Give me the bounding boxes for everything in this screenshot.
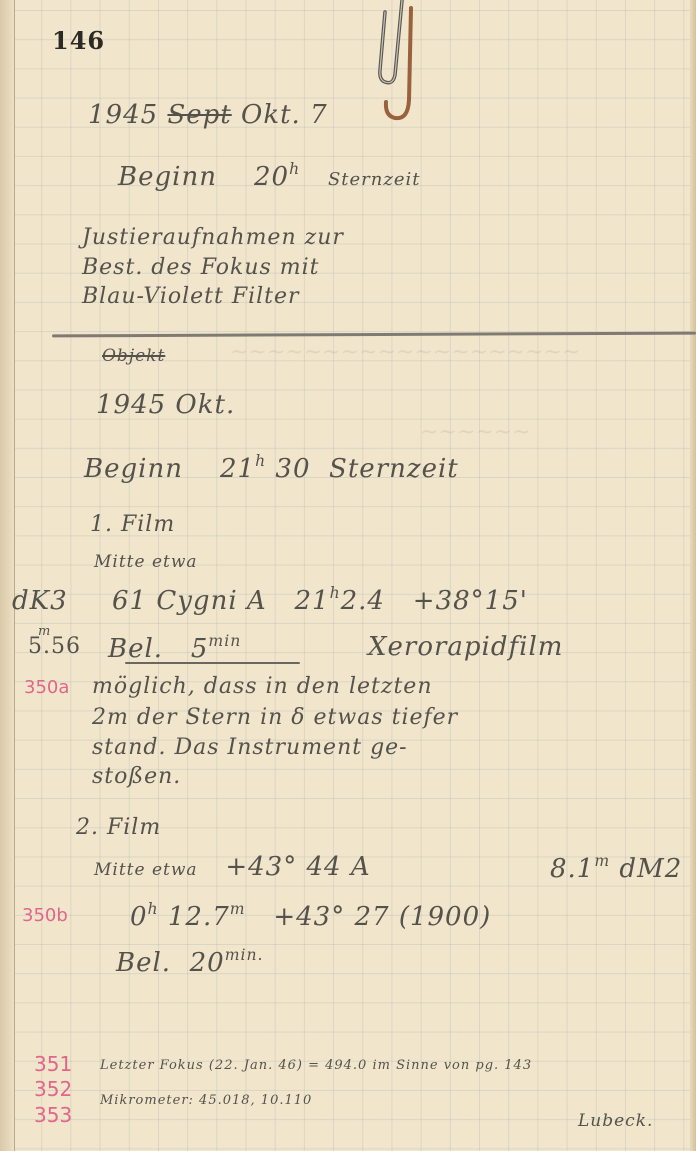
film1-exposure-value: 5 [191,634,209,664]
film2-exposure-value: 20 [190,948,225,978]
film1-exposure-label: Bel. [108,634,163,664]
entry1-begin-time: 20 [254,162,289,192]
film1-ra-minutes: 2.4 [341,586,385,616]
film2-center-object: +43° 44 A [225,852,370,882]
page-binding-edge [0,0,15,1151]
page-number: 146 [52,26,105,55]
film1-plate-number: 350a [24,677,69,698]
film2-exposure-label: Bel. [116,948,171,978]
film1-remark-line-4: stoßen. [92,764,181,789]
entry2-begin-time: 21 [220,454,255,484]
signature: Lubeck. [578,1111,653,1131]
entry1-time-unit: h [289,160,300,178]
film1-remark-line-2: 2m der Stern in δ etwas tiefer [92,705,458,730]
film1-position: 61 Cygni A 21h2.4 +38°15' [112,584,528,616]
film2-ra-hours: 0 [130,902,148,932]
exposure-underline [125,662,300,664]
entry1-note-line-2: Best. des Fokus mit [82,255,320,280]
entry2-begin-label: Beginn [84,454,183,484]
entry2-begin: Beginn 21h 30 Sternzeit [84,452,459,484]
entry1-note-line-3: Blau-Violett Filter [82,284,300,309]
footer-row-number-1: 351 [34,1052,72,1076]
entry1-note-line-1: Justieraufnahmen zur [82,225,344,250]
film2-declination: +43° 27 [273,902,389,932]
entry2-begin-suffix: Sternzeit [329,454,459,484]
entry2-time-unit: h [255,452,266,470]
entry1-begin: Beginn 20h Sternzeit [118,160,421,192]
film1-heading: 1. Film [90,512,175,537]
film1-remark-line-3: stand. Das Instrument ge- [92,735,408,760]
section-divider [52,332,696,338]
film1-film-type: Xerorapidfilm [368,632,563,662]
film2-heading: 2. Film [76,815,161,840]
film2-position: 0h 12.7m +43° 27 (1900) [130,900,491,932]
entry1-date: 1945 Sept Okt. 7 [88,100,328,130]
film2-ra-hour-unit: h [148,900,159,918]
footer-row-text-2: Mikrometer: 45.018, 10.110 [100,1093,312,1108]
entry1-begin-label: Beginn [118,162,217,192]
footer-row-number-3: 353 [34,1103,72,1127]
notebook-page: 146 1945 Sept Okt. 7 Beginn 20h Sternzei… [0,0,696,1151]
entry2-begin-minutes: 30 [275,454,310,484]
film2-epoch: (1900) [399,902,491,932]
film1-remark-line-1: möglich, dass in den letzten [92,674,433,699]
entry2-date: 1945 Okt. [96,390,235,420]
film2-magnitude-value: 8.1 [550,854,594,884]
entry1-day: 7 [310,100,328,130]
footer-row-number-2: 352 [34,1077,72,1101]
film1-ra-hours: 21 [294,586,329,616]
film1-declination: +38°15' [413,586,528,616]
film2-exposure: Bel. 20min. [116,946,263,978]
film2-ra-minutes: 12.7 [168,902,230,932]
footer-row-text-1: Letzter Fokus (22. Jan. 46) = 494.0 im S… [100,1058,532,1073]
page-right-edge [690,0,696,1151]
ghost-text: ~~~~~~ [420,420,531,445]
entry1-begin-suffix: Sternzeit [328,169,421,190]
film1-exposure: Bel. 5min [108,632,241,664]
entry1-month: Okt. [241,100,301,130]
film1-object: 61 Cygni A [112,586,267,616]
struck-heading: Objekt [102,346,165,366]
film2-catalog-ref: dM2 [619,854,682,884]
film2-center: Mitte etwa +43° 44 A [94,852,371,882]
paper-clip-icon [373,0,413,130]
film1-margin-mag: 5.56 [28,634,81,659]
film2-center-label: Mitte etwa [94,860,198,880]
entry1-year: 1945 [88,100,158,130]
film2-plate-number: 350b [22,905,68,926]
entry1-struck-month: Sept [167,100,231,130]
film2-magnitude-unit: m [594,852,610,870]
film2-exposure-unit: min. [225,946,264,964]
film1-center-label: Mitte etwa [94,552,198,572]
film1-ra-unit: h [330,584,341,602]
film1-margin-ref: dK3 [12,586,68,616]
film2-magnitude: 8.1m dM2 [550,852,682,884]
film2-ra-minute-unit: m [230,900,246,918]
film1-exposure-unit: min [208,632,241,650]
ghost-text: ~~~~~~~~~~~~~~~~~~~ [230,340,580,365]
